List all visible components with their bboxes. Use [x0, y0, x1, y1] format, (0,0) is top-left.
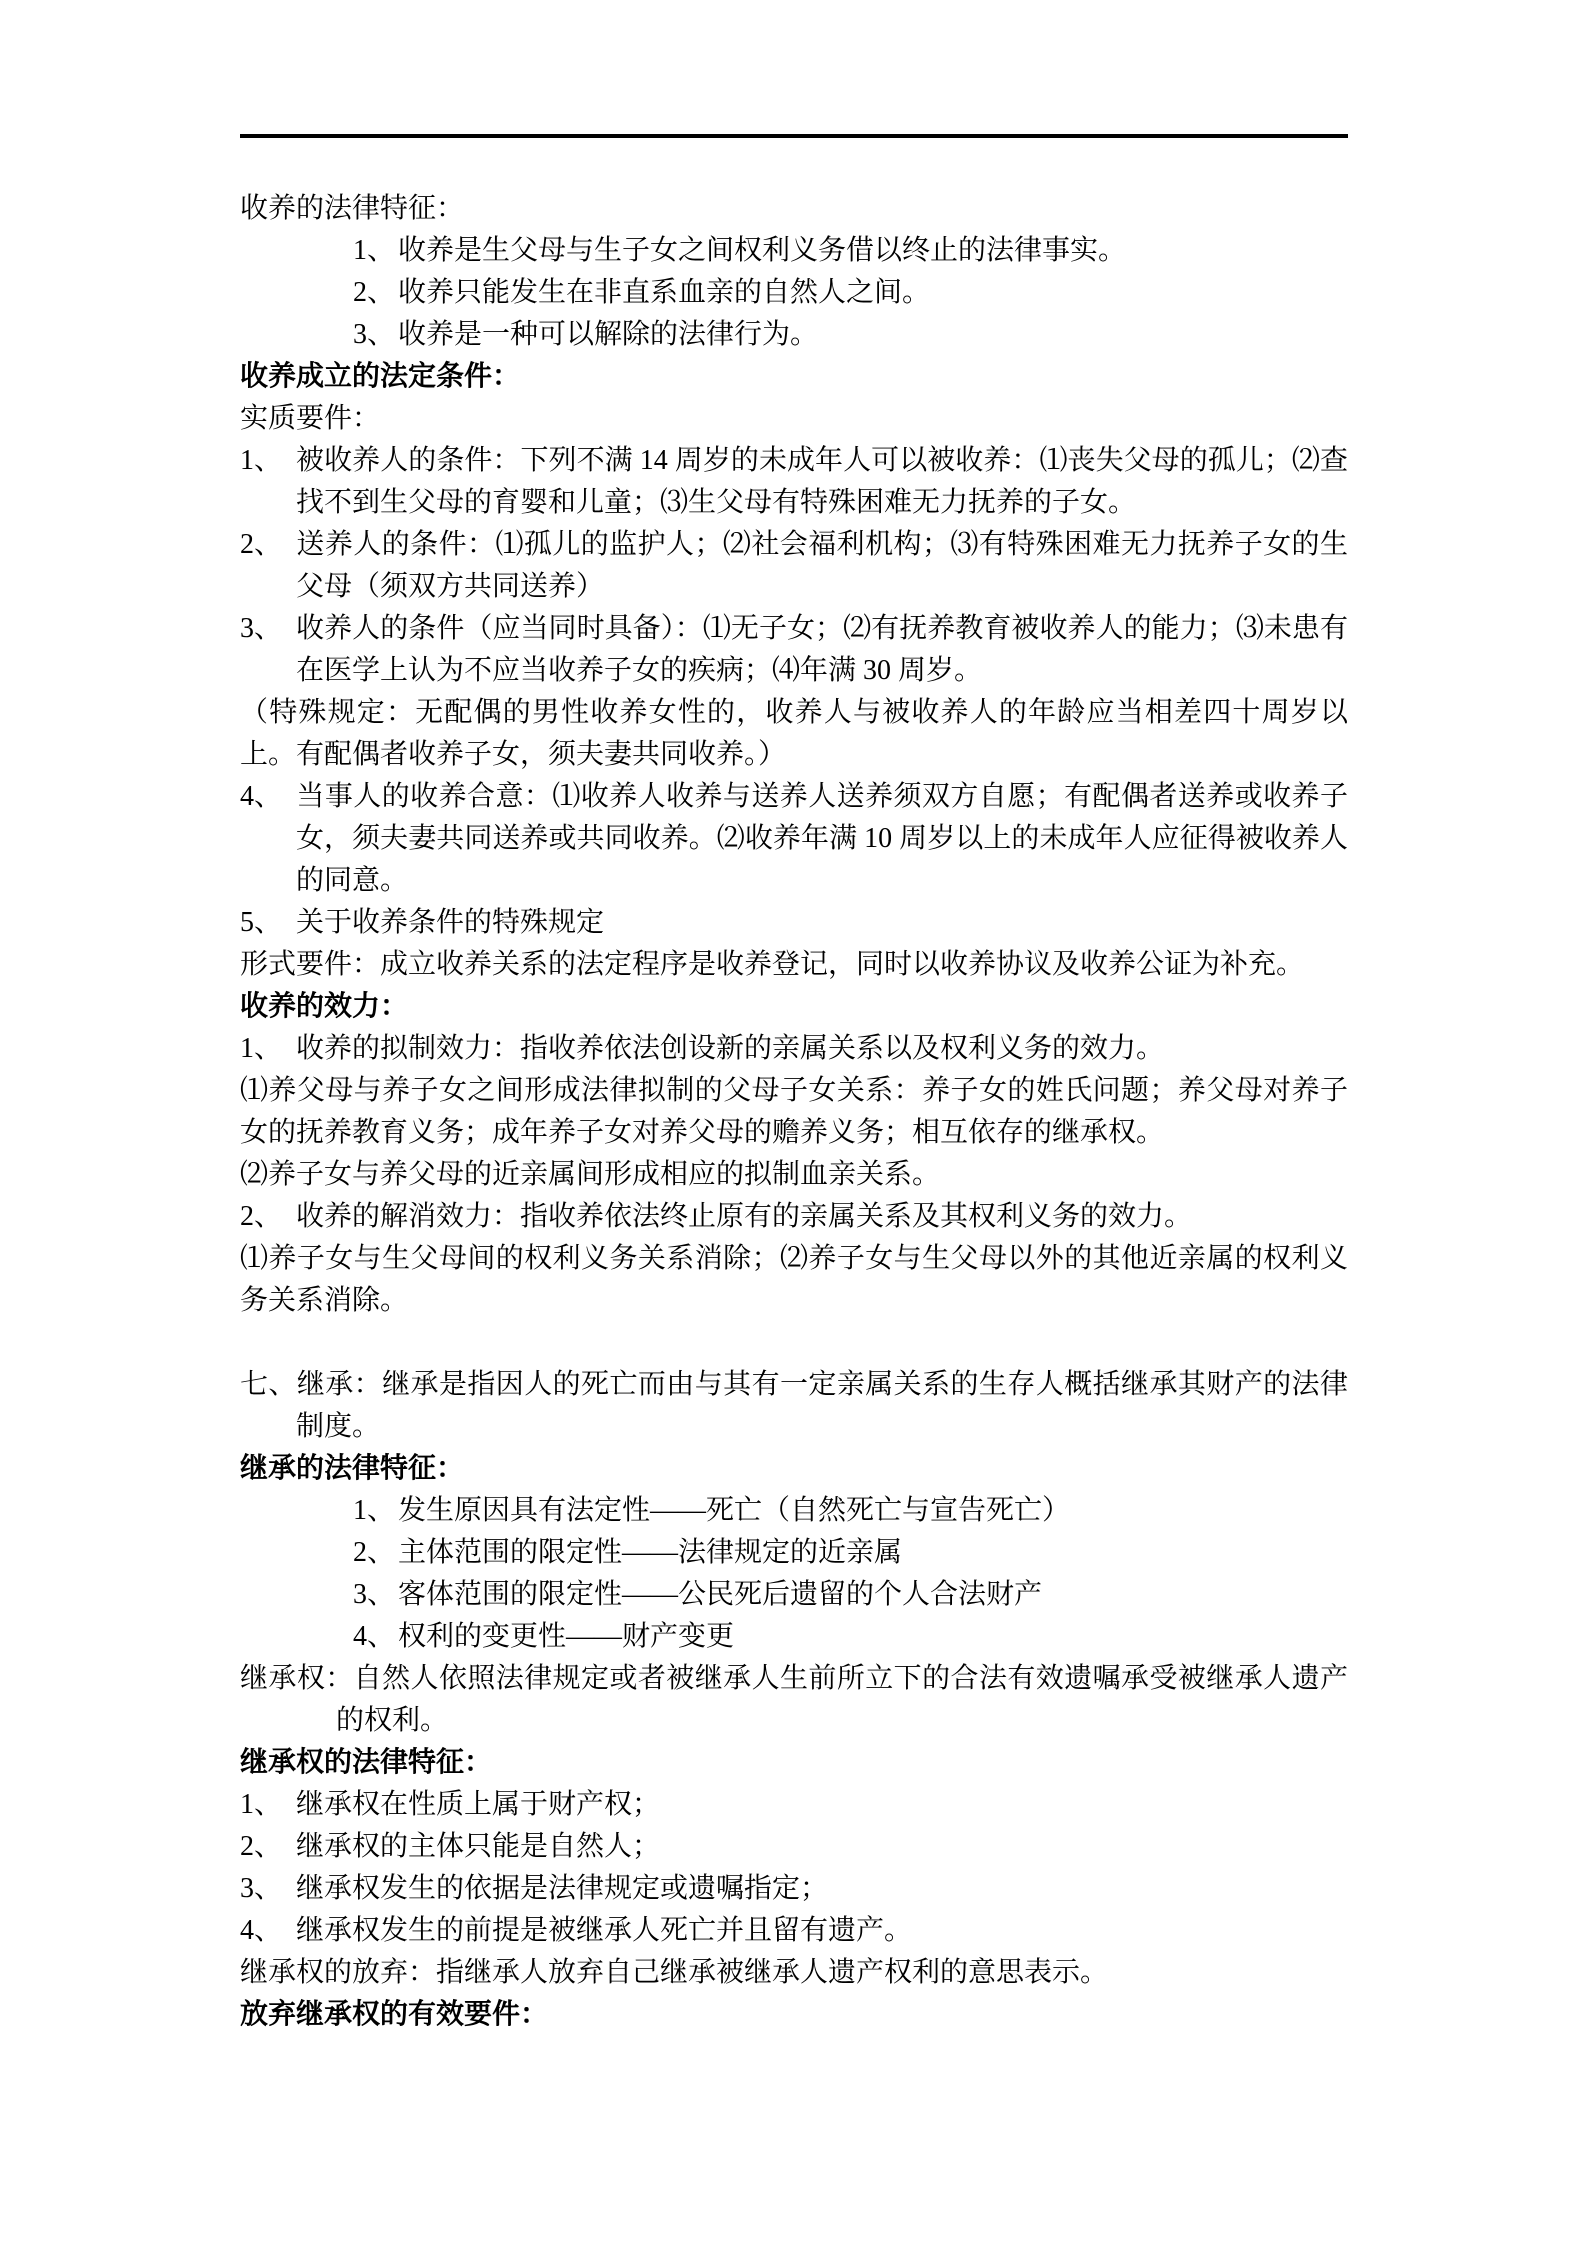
list-item: 3、收养是一种可以解除的法律行为。 [353, 314, 1348, 356]
list-marker: 2、 [353, 272, 398, 314]
paragraph-text: 发生原因具有法定性——死亡（自然死亡与宣告死亡） [398, 1495, 1070, 1526]
list-marker: 3、 [240, 1868, 296, 1910]
list-marker: 4、 [240, 776, 296, 818]
paragraph: 继承权的放弃：指继承人放弃自己继承被继承人遗产权利的意思表示。 [240, 1952, 1348, 1994]
paragraph-text: 继承权的放弃：指继承人放弃自己继承被继承人遗产权利的意思表示。 [240, 1957, 1108, 1988]
paragraph-text: 继承权发生的依据是法律规定或遗嘱指定； [296, 1873, 828, 1904]
paragraph-text: 收养的效力： [240, 991, 408, 1022]
list-marker: 1、 [240, 1784, 296, 1826]
paragraph-text: 收养的法律特征： [240, 193, 464, 224]
list-item: 4、当事人的收养合意：⑴收养人收养与送养人送养须双方自愿；有配偶者送养或收养子女… [240, 776, 1348, 902]
list-item: 3、收养人的条件（应当同时具备）：⑴无子女；⑵有抚养教育被收养人的能力；⑶未患有… [240, 608, 1348, 692]
paragraph-text: ⑴养父母与养子女之间形成法律拟制的父母子女关系：养子女的姓氏问题；养父母对养子女… [240, 1075, 1348, 1148]
paragraph-text: （特殊规定：无配偶的男性收养女性的，收养人与被收养人的年龄应当相差四十周岁以上。… [240, 697, 1348, 770]
list-item: 3、客体范围的限定性——公民死后遗留的个人合法财产 [353, 1574, 1348, 1616]
paragraph-text: 形式要件：成立收养关系的法定程序是收养登记，同时以收养协议及收养公证为补充。 [240, 949, 1304, 980]
paragraph: 收养的法律特征： [240, 188, 1348, 230]
list-marker: 2、 [240, 524, 296, 566]
list-marker: 5、 [240, 902, 296, 944]
list-item: 3、继承权发生的依据是法律规定或遗嘱指定； [240, 1868, 1348, 1910]
paragraph-text: 收养是一种可以解除的法律行为。 [398, 319, 818, 350]
paragraph-text: 实质要件： [240, 403, 380, 434]
list-marker: 2、 [240, 1826, 296, 1868]
paragraph: 继承权：自然人依照法律规定或者被继承人生前所立下的合法有效遗嘱承受被继承人遗产的… [240, 1658, 1348, 1742]
list-marker: 2、 [353, 1532, 398, 1574]
list-item: 1、被收养人的条件：下列不满 14 周岁的未成年人可以被收养：⑴丧失父母的孤儿；… [240, 440, 1348, 524]
paragraph-text: 收养成立的法定条件： [240, 361, 520, 392]
paragraph-text: ⑴养子女与生父母间的权利义务关系消除；⑵养子女与生父母以外的其他近亲属的权利义务… [240, 1243, 1348, 1316]
list-item: 5、关于收养条件的特殊规定 [240, 902, 1348, 944]
paragraph-text: 继承：继承是指因人的死亡而由与其有一定亲属关系的生存人概括继承其财产的法律制度。 [296, 1369, 1348, 1442]
header-rule [240, 134, 1348, 138]
section-heading: 放弃继承权的有效要件： [240, 1994, 1348, 2036]
paragraph-text: 送养人的条件：⑴孤儿的监护人；⑵社会福利机构；⑶有特殊困难无力抚养子女的生父母（… [296, 529, 1348, 602]
paragraph-text: 客体范围的限定性——公民死后遗留的个人合法财产 [398, 1579, 1042, 1610]
section-heading: 收养成立的法定条件： [240, 356, 1348, 398]
paragraph: 实质要件： [240, 398, 1348, 440]
list-item: 4、权利的变更性——财产变更 [353, 1616, 1348, 1658]
list-item: 2、收养的解消效力：指收养依法终止原有的亲属关系及其权利义务的效力。 [240, 1196, 1348, 1238]
list-marker: 3、 [353, 1574, 398, 1616]
list-marker: 1、 [240, 440, 296, 482]
paragraph-text: 收养的拟制效力：指收养依法创设新的亲属关系以及权利义务的效力。 [296, 1033, 1164, 1064]
list-item: 1、发生原因具有法定性——死亡（自然死亡与宣告死亡） [353, 1490, 1348, 1532]
paragraph-text: 继承权的主体只能是自然人； [296, 1831, 660, 1862]
list-item: 1、继承权在性质上属于财产权； [240, 1784, 1348, 1826]
list-marker: 3、 [353, 314, 398, 356]
paragraph: ⑴养父母与养子女之间形成法律拟制的父母子女关系：养子女的姓氏问题；养父母对养子女… [240, 1070, 1348, 1154]
list-item: 2、主体范围的限定性——法律规定的近亲属 [353, 1532, 1348, 1574]
list-item: 1、收养是生父母与生子女之间权利义务借以终止的法律事实。 [353, 230, 1348, 272]
paragraph-text: 继承权在性质上属于财产权； [296, 1789, 660, 1820]
paragraph-text: 收养人的条件（应当同时具备）：⑴无子女；⑵有抚养教育被收养人的能力；⑶未患有在医… [296, 613, 1348, 686]
list-marker: 2、 [240, 1196, 296, 1238]
paragraph: ⑴养子女与生父母间的权利义务关系消除；⑵养子女与生父母以外的其他近亲属的权利义务… [240, 1238, 1348, 1322]
paragraph: 形式要件：成立收养关系的法定程序是收养登记，同时以收养协议及收养公证为补充。 [240, 944, 1348, 986]
list-marker: 1、 [353, 1490, 398, 1532]
section-heading: 继承权的法律特征： [240, 1742, 1348, 1784]
paragraph-text: 收养只能发生在非直系血亲的自然人之间。 [398, 277, 930, 308]
paragraph-text: 收养是生父母与生子女之间权利义务借以终止的法律事实。 [398, 235, 1126, 266]
paragraph-text: 继承权的法律特征： [240, 1747, 492, 1778]
paragraph-text: 当事人的收养合意：⑴收养人收养与送养人送养须双方自愿；有配偶者送养或收养子女，须… [296, 781, 1348, 896]
list-item: 1、收养的拟制效力：指收养依法创设新的亲属关系以及权利义务的效力。 [240, 1028, 1348, 1070]
paragraph-text: 主体范围的限定性——法律规定的近亲属 [398, 1537, 902, 1568]
blank-line [240, 1322, 1348, 1364]
paragraph-text: 继承权发生的前提是被继承人死亡并且留有遗产。 [296, 1915, 912, 1946]
list-item: 2、送养人的条件：⑴孤儿的监护人；⑵社会福利机构；⑶有特殊困难无力抚养子女的生父… [240, 524, 1348, 608]
paragraph-text: 关于收养条件的特殊规定 [296, 907, 604, 938]
paragraph: （特殊规定：无配偶的男性收养女性的，收养人与被收养人的年龄应当相差四十周岁以上。… [240, 692, 1348, 776]
list-marker: 七、 [240, 1369, 297, 1400]
paragraph: ⑵养子女与养父母的近亲属间形成相应的拟制血亲关系。 [240, 1154, 1348, 1196]
list-marker: 1、 [240, 1028, 296, 1070]
paragraph-text: ⑵养子女与养父母的近亲属间形成相应的拟制血亲关系。 [240, 1159, 940, 1190]
list-marker: 3、 [240, 608, 296, 650]
list-item: 2、继承权的主体只能是自然人； [240, 1826, 1348, 1868]
paragraph-text: 权利的变更性——财产变更 [398, 1621, 734, 1652]
paragraph-text: 被收养人的条件：下列不满 14 周岁的未成年人可以被收养：⑴丧失父母的孤儿；⑵查… [296, 445, 1348, 518]
list-item: 2、收养只能发生在非直系血亲的自然人之间。 [353, 272, 1348, 314]
document-body: 收养的法律特征：1、收养是生父母与生子女之间权利义务借以终止的法律事实。2、收养… [240, 188, 1348, 2036]
list-marker: 4、 [353, 1616, 398, 1658]
list-marker: 4、 [240, 1910, 296, 1952]
paragraph-text: 放弃继承权的有效要件： [240, 1999, 548, 2030]
list-marker: 1、 [353, 230, 398, 272]
section-heading: 收养的效力： [240, 986, 1348, 1028]
list-item: 4、继承权发生的前提是被继承人死亡并且留有遗产。 [240, 1910, 1348, 1952]
paragraph-text: 收养的解消效力：指收养依法终止原有的亲属关系及其权利义务的效力。 [296, 1201, 1192, 1232]
paragraph: 七、继承：继承是指因人的死亡而由与其有一定亲属关系的生存人概括继承其财产的法律制… [240, 1364, 1348, 1448]
paragraph-text: 继承权：自然人依照法律规定或者被继承人生前所立下的合法有效遗嘱承受被继承人遗产的… [240, 1663, 1348, 1736]
document-page: 收养的法律特征：1、收养是生父母与生子女之间权利义务借以终止的法律事实。2、收养… [0, 0, 1587, 2245]
section-heading: 继承的法律特征： [240, 1448, 1348, 1490]
paragraph-text: 继承的法律特征： [240, 1453, 464, 1484]
